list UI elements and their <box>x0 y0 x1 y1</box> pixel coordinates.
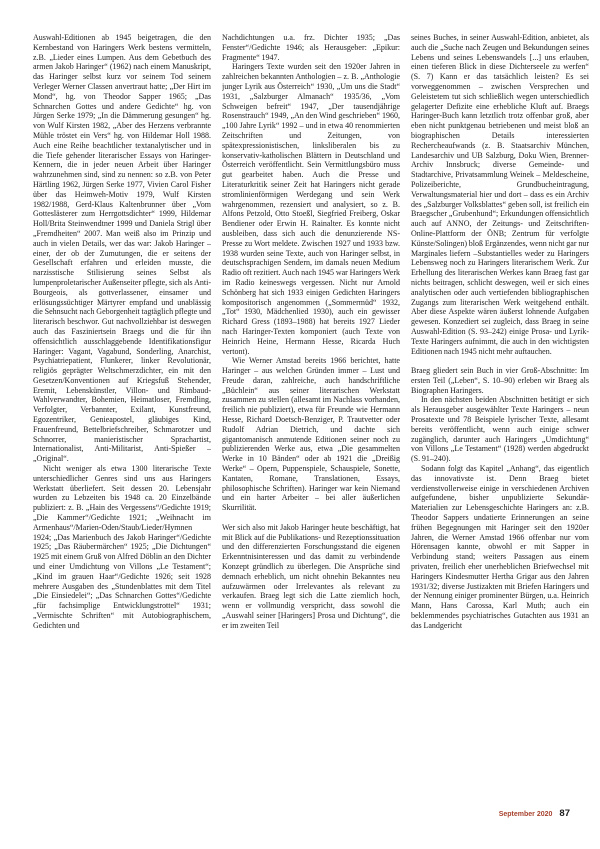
paragraph: Auswahl-Editionen ab 1945 beigetragen, d… <box>33 33 211 464</box>
paragraph: Nicht weniger als etwa 1300 literarische… <box>33 464 211 631</box>
paragraph: Nachdichtungen u.a. frz. Dichter 1935; „… <box>222 33 400 62</box>
paragraph: Wer sich also mit Jakob Haringer heute b… <box>222 523 400 631</box>
footer-issue-date: September 2020 <box>499 811 553 818</box>
page-footer: September 2020 87 <box>499 808 570 819</box>
text-column-1: Auswahl-Editionen ab 1945 beigetragen, d… <box>33 33 211 815</box>
text-column-3: seines Buches, in seiner Auswahl-Edition… <box>411 33 589 815</box>
text-columns: Auswahl-Editionen ab 1945 beigetragen, d… <box>33 33 589 815</box>
paragraph: Wie Werner Amstad bereits 1966 berichtet… <box>222 356 400 513</box>
footer-page-number: 87 <box>559 808 570 819</box>
paragraph: Sodann folgt das Kapitel „Anhang“, das e… <box>411 464 589 631</box>
paragraph: In den nächsten beiden Abschnitten betät… <box>411 395 589 464</box>
document-page: Auswahl-Editionen ab 1945 beigetragen, d… <box>0 0 600 849</box>
paragraph: Haringers Texte wurden seit den 1920er J… <box>222 62 400 356</box>
text-column-2: Nachdichtungen u.a. frz. Dichter 1935; „… <box>222 33 400 815</box>
paragraph: Braeg gliedert sein Buch in vier Groß-Ab… <box>411 366 589 395</box>
paragraph: seines Buches, in seiner Auswahl-Edition… <box>411 33 589 356</box>
